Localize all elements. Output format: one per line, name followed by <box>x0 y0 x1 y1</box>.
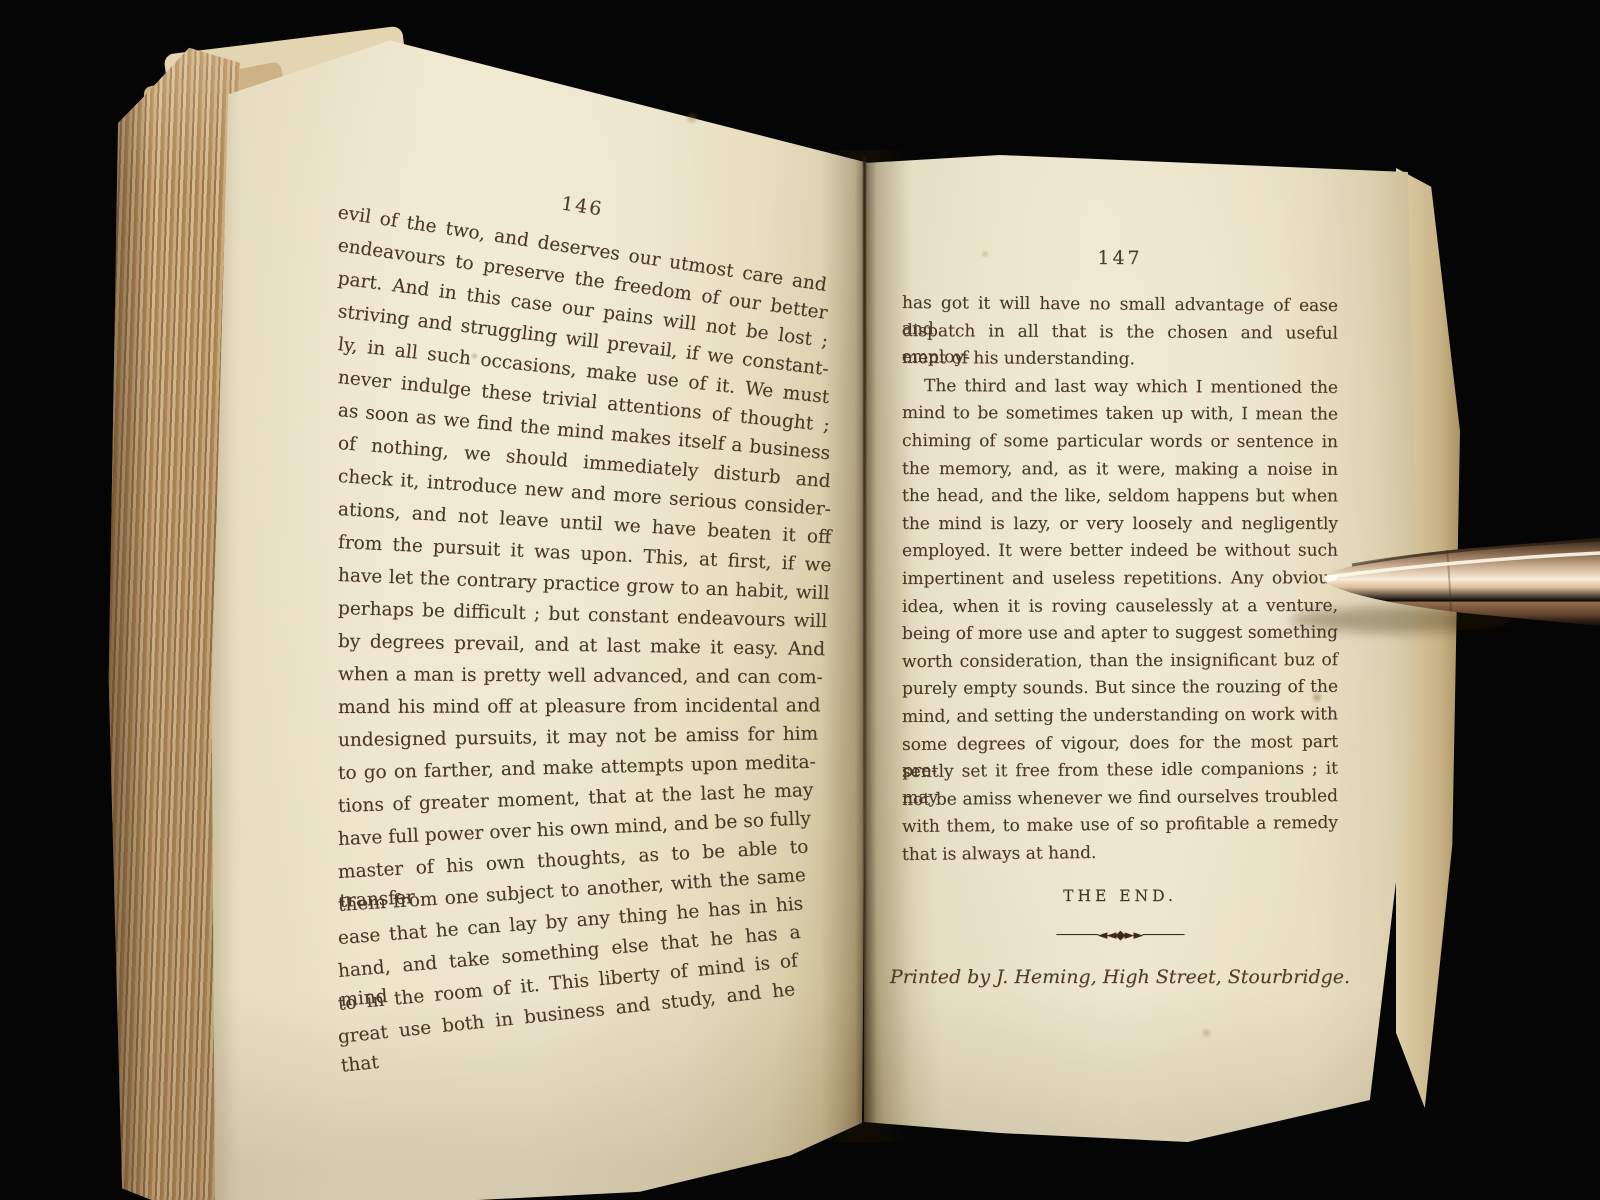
right-page-line: not be amiss whenever we find ourselves … <box>902 783 1338 813</box>
right-page-line: purely empty sounds. But since the rouzi… <box>902 674 1338 702</box>
right-page-line: worth consideration, than the insignific… <box>902 647 1338 675</box>
right-page-line: has got it will have no small advantage … <box>902 290 1338 319</box>
right-page-line: the mind is lazy, or very loosely and ne… <box>902 511 1338 537</box>
right-page-number: 147 <box>902 246 1338 270</box>
right-page-line: with them, to make use of so profitable … <box>902 810 1338 840</box>
left-page-line: when a man is pretty well advanced, and … <box>338 660 823 692</box>
right-page-line: the memory, and, as it were, making a no… <box>902 456 1338 483</box>
printer-ornament: ──────◄◄◆►►────── <box>902 928 1338 944</box>
right-page-line: idea, when it is roving causelessly at a… <box>902 592 1338 619</box>
left-page-line: mand his mind off at pleasure from incid… <box>338 691 821 722</box>
age-spot <box>1200 1028 1213 1038</box>
right-page-line: employed. It were better indeed be witho… <box>902 538 1338 564</box>
age-spot <box>684 112 700 124</box>
right-page-line: chiming of some particular words or sent… <box>902 428 1338 455</box>
book-photo-scene: 146 evil of the two, and deserves our ut… <box>0 0 1600 1200</box>
right-page-line: being of more use and apter to suggest s… <box>902 620 1338 648</box>
right-page-line: mind, and setting the understanding on w… <box>902 701 1338 730</box>
right-page-line: dispatch in all that is the chosen and u… <box>902 318 1338 347</box>
colophon-imprint: Printed by J. Heming, High Street, Stour… <box>880 964 1360 990</box>
right-page-line: sently set it free from these idle compa… <box>902 756 1338 785</box>
right-page-line: ment of his understanding. <box>902 345 1338 373</box>
right-page-line: mind to be sometimes taken up with, I me… <box>902 400 1338 428</box>
right-page-line: some degrees of vigour, does for the mos… <box>902 729 1338 758</box>
right-page-line: The third and last way which I mentioned… <box>902 373 1338 401</box>
right-page-line: the head, and the like, seldom happens b… <box>902 483 1338 509</box>
right-page-line: that is always at hand. <box>902 837 1338 868</box>
book-gutter-crease <box>863 156 866 1128</box>
the-end-label: THE END. <box>902 886 1338 906</box>
book-gutter-shadow <box>820 150 912 1142</box>
right-page-line: impertinent and useless repetitions. Any… <box>902 565 1338 592</box>
